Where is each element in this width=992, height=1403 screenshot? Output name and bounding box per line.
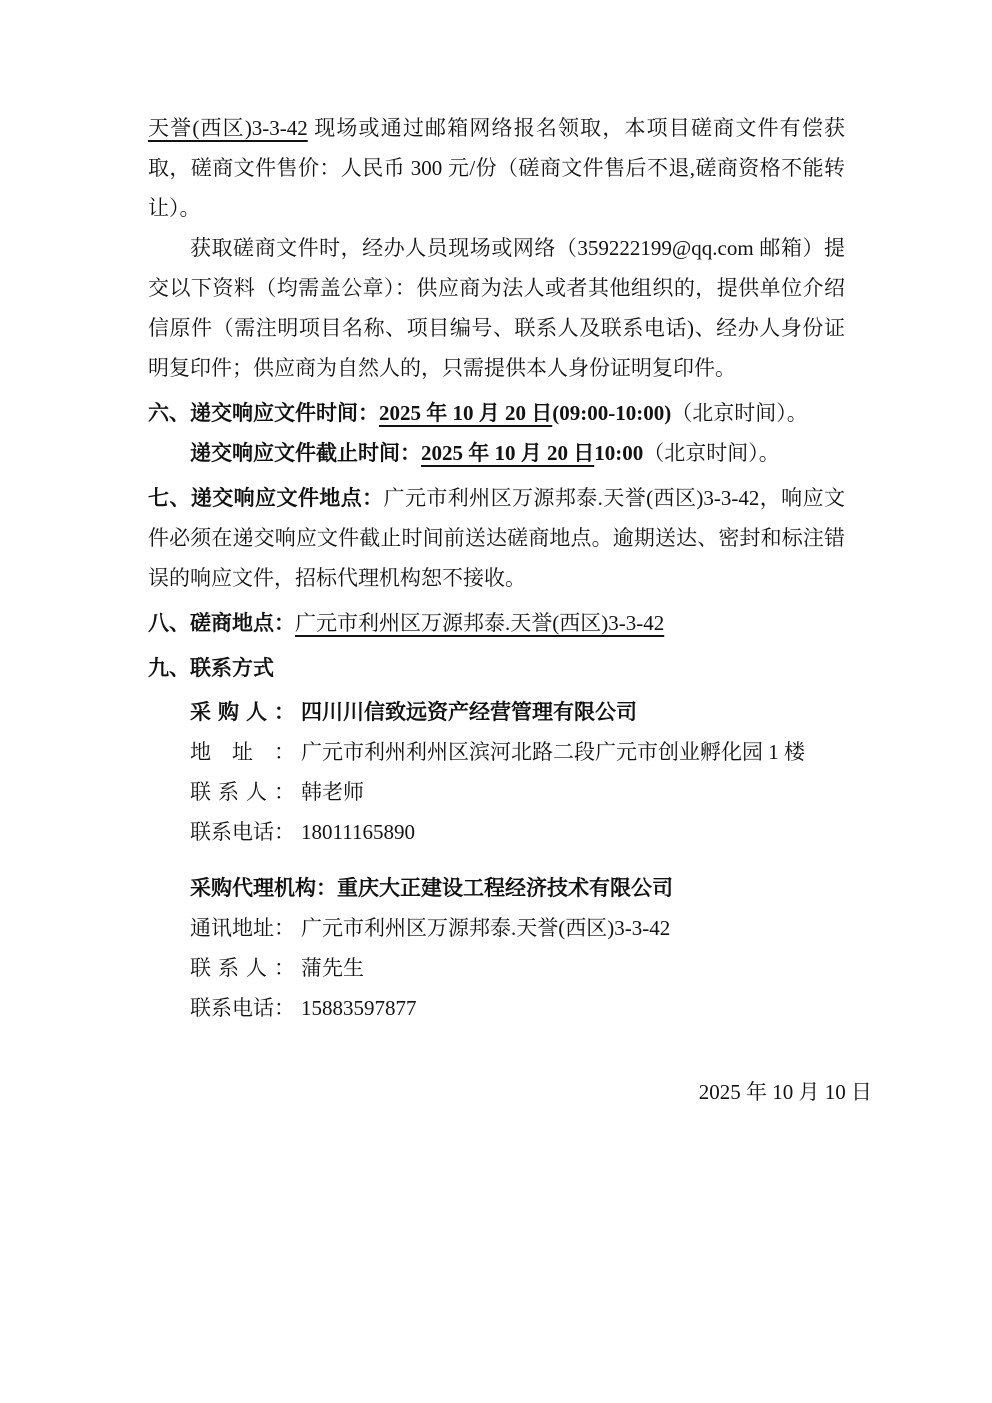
section-6-line-1: 六、递交响应文件时间：2025 年 10 月 20 日(09:00-10:00)… xyxy=(148,393,845,433)
section-6-timezone: （北京时间）。 xyxy=(671,401,808,425)
agency-contact-label: 联系人： xyxy=(190,948,295,988)
agency-phone-label: 联系电话： xyxy=(190,988,295,1028)
section-6-line-2: 递交响应文件截止时间：2025 年 10 月 20 日10:00（北京时间）。 xyxy=(148,433,845,473)
section-6-deadline-timezone: （北京时间）。 xyxy=(643,441,780,465)
agency-name-row: 采购代理机构：重庆大正建设工程经济技术有限公司 xyxy=(190,868,845,908)
section-6-deadline-label: 递交响应文件截止时间： xyxy=(190,441,421,465)
purchaser-block: 采购人：四川川信致远资产经营管理有限公司 地址：广元市利州利州区滨河北路二段广元… xyxy=(148,692,845,852)
agency-address: 广元市利州区万源邦泰.天誉(西区)3-3-42 xyxy=(295,916,670,940)
section-9-contact-heading: 九、联系方式 xyxy=(148,648,845,688)
purchaser-phone: 18011165890 xyxy=(295,820,415,844)
agency-phone: 15883597877 xyxy=(295,996,417,1020)
agency-address-row: 通讯地址：广元市利州区万源邦泰.天誉(西区)3-3-42 xyxy=(190,908,845,948)
purchaser-name: 四川川信致远资产经营管理有限公司 xyxy=(295,700,637,724)
intro-underlined-address: 天誉(西区)3-3-42 xyxy=(148,116,308,140)
section-6-date: 2025 年 10 月 20 日 xyxy=(379,401,552,425)
purchaser-contact-label: 联系人： xyxy=(190,772,295,812)
section-8-negotiation-place: 八、磋商地点：广元市利州区万源邦泰.天誉(西区)3-3-42 xyxy=(148,603,845,643)
section-8-address: 广元市利州区万源邦泰.天誉(西区)3-3-42 xyxy=(295,611,664,635)
agency-contact: 蒲先生 xyxy=(295,956,364,980)
purchaser-address-row: 地址：广元市利州利州区滨河北路二段广元市创业孵化园 1 楼 xyxy=(190,732,845,772)
agency-address-label: 通讯地址： xyxy=(190,908,295,948)
section-6-deadline-date: 2025 年 10 月 20 日 xyxy=(421,441,594,465)
purchaser-contact-row: 联系人：韩老师 xyxy=(190,772,845,812)
document-page: 天誉(西区)3-3-42 现场或通过邮箱网络报名领取，本项目磋商文件有偿获取，磋… xyxy=(0,0,992,1403)
purchaser-phone-label: 联系电话： xyxy=(190,812,295,852)
paragraph-obtain-documents: 获取磋商文件时，经办人员现场或网络（359222199@qq.com 邮箱）提交… xyxy=(148,228,845,388)
agency-phone-row: 联系电话：15883597877 xyxy=(190,988,845,1028)
purchaser-address: 广元市利州利州区滨河北路二段广元市创业孵化园 1 楼 xyxy=(295,740,805,764)
agency-contact-row: 联系人：蒲先生 xyxy=(190,948,845,988)
agency-name: 重庆大正建设工程经济技术有限公司 xyxy=(337,876,673,900)
agency-name-label: 采购代理机构： xyxy=(190,876,337,900)
section-7-submission-place: 七、递交响应文件地点：广元市利州区万源邦泰.天誉(西区)3-3-42，响应文件必… xyxy=(148,478,845,598)
section-8-label: 八、磋商地点： xyxy=(148,611,295,635)
agency-block: 采购代理机构：重庆大正建设工程经济技术有限公司 通讯地址：广元市利州区万源邦泰.… xyxy=(148,868,845,1028)
section-6-submission-time: 六、递交响应文件时间：2025 年 10 月 20 日(09:00-10:00)… xyxy=(148,393,845,473)
section-6-deadline-time: 10:00 xyxy=(594,441,643,465)
section-6-time-range: (09:00-10:00) xyxy=(552,401,671,425)
section-6-label: 六、递交响应文件时间： xyxy=(148,401,379,425)
purchaser-name-label: 采购人： xyxy=(190,692,295,732)
purchaser-phone-row: 联系电话：18011165890 xyxy=(190,812,845,852)
section-7-label: 七、递交响应文件地点： xyxy=(148,486,384,510)
purchaser-name-row: 采购人：四川川信致远资产经营管理有限公司 xyxy=(190,692,845,732)
document-date: 2025 年 10 月 10 日 xyxy=(148,1072,872,1112)
purchaser-address-label: 地址： xyxy=(190,732,295,772)
paragraph-intro: 天誉(西区)3-3-42 现场或通过邮箱网络报名领取，本项目磋商文件有偿获取，磋… xyxy=(148,108,845,228)
purchaser-contact: 韩老师 xyxy=(295,780,364,804)
